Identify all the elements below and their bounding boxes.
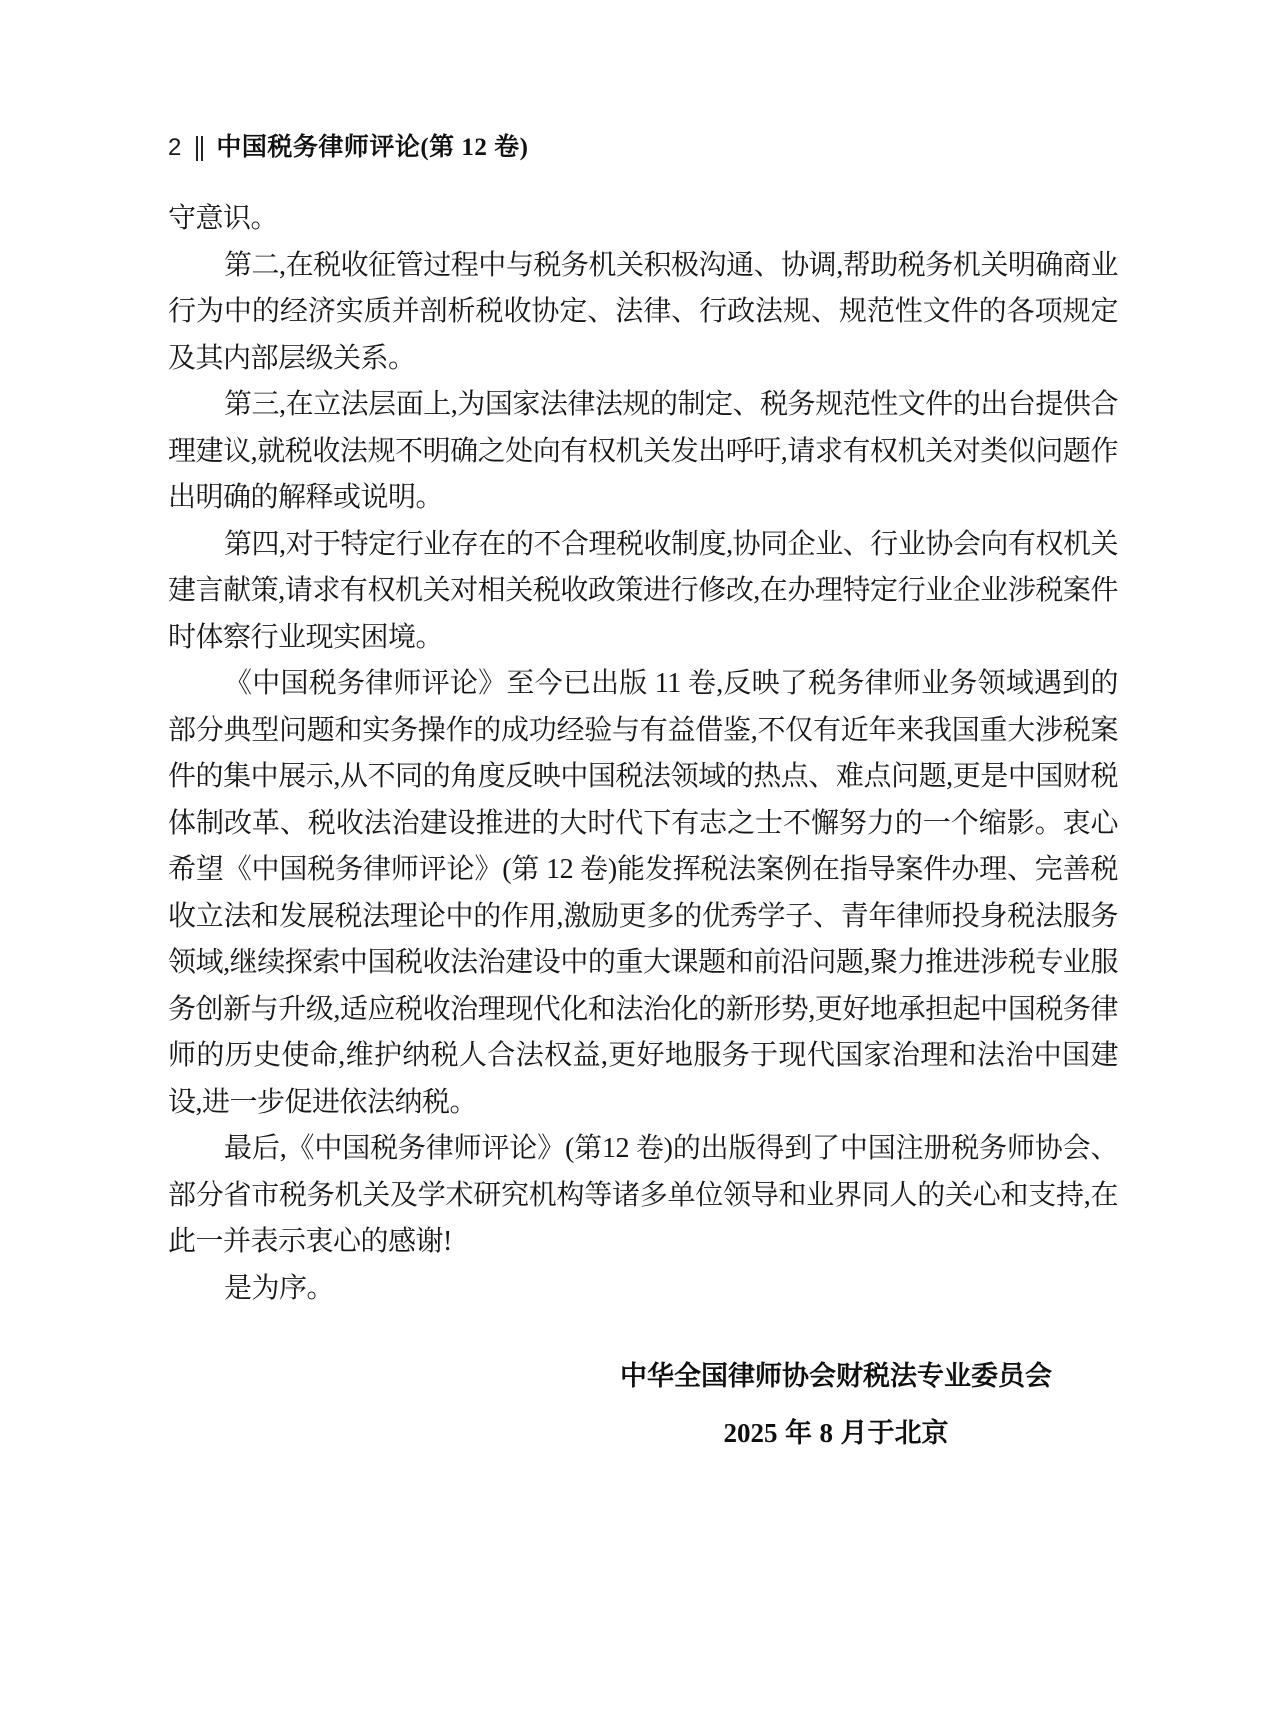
page-header: 2 中国税务律师评论(第 12 卷) (168, 133, 1118, 163)
running-title: 中国税务律师评论(第 12 卷) (216, 133, 528, 163)
page-body: 守意识。 第二,在税收征管过程中与税务机关积极沟通、协调,帮助税务机关明确商业行… (168, 196, 1118, 1312)
signature-month: 8 (820, 1418, 834, 1448)
paragraph-5: 《中国税务律师评论》至今已出版 11 卷,反映了税务律师业务领域遇到的部分典型问… (168, 661, 1118, 1126)
signature-block: 中华全国律师协会财税法专业委员会 2025 年 8 月于北京 (168, 1356, 1118, 1453)
book-page: 2 中国税务律师评论(第 12 卷) 守意识。 第二,在税收征管过程中与税务机关… (0, 0, 1268, 1715)
paragraph-1: 守意识。 (168, 196, 1118, 243)
double-bar-divider-icon (196, 136, 203, 161)
page-number: 2 (168, 133, 181, 163)
paragraph-7: 是为序。 (168, 1266, 1118, 1313)
paragraph-6: 最后,《中国税务律师评论》(第12 卷)的出版得到了中国注册税务师协会、部分省市… (168, 1126, 1118, 1266)
signature-organization: 中华全国律师协会财税法专业委员会 (620, 1356, 1052, 1396)
signature-year-suffix: 年 (777, 1418, 819, 1448)
signature-month-suffix: 月于北京 (833, 1418, 949, 1448)
signature-year: 2025 (723, 1418, 777, 1448)
paragraph-2: 第二,在税收征管过程中与税务机关积极沟通、协调,帮助税务机关明确商业行为中的经济… (168, 243, 1118, 383)
paragraph-4: 第四,对于特定行业存在的不合理税收制度,协同企业、行业协会向有权机关建言献策,请… (168, 522, 1118, 662)
paragraph-3: 第三,在立法层面上,为国家法律法规的制定、税务规范性文件的出台提供合理建议,就税… (168, 382, 1118, 522)
signature-inner: 中华全国律师协会财税法专业委员会 2025 年 8 月于北京 (620, 1356, 1052, 1453)
signature-date: 2025 年 8 月于北京 (620, 1413, 1052, 1453)
